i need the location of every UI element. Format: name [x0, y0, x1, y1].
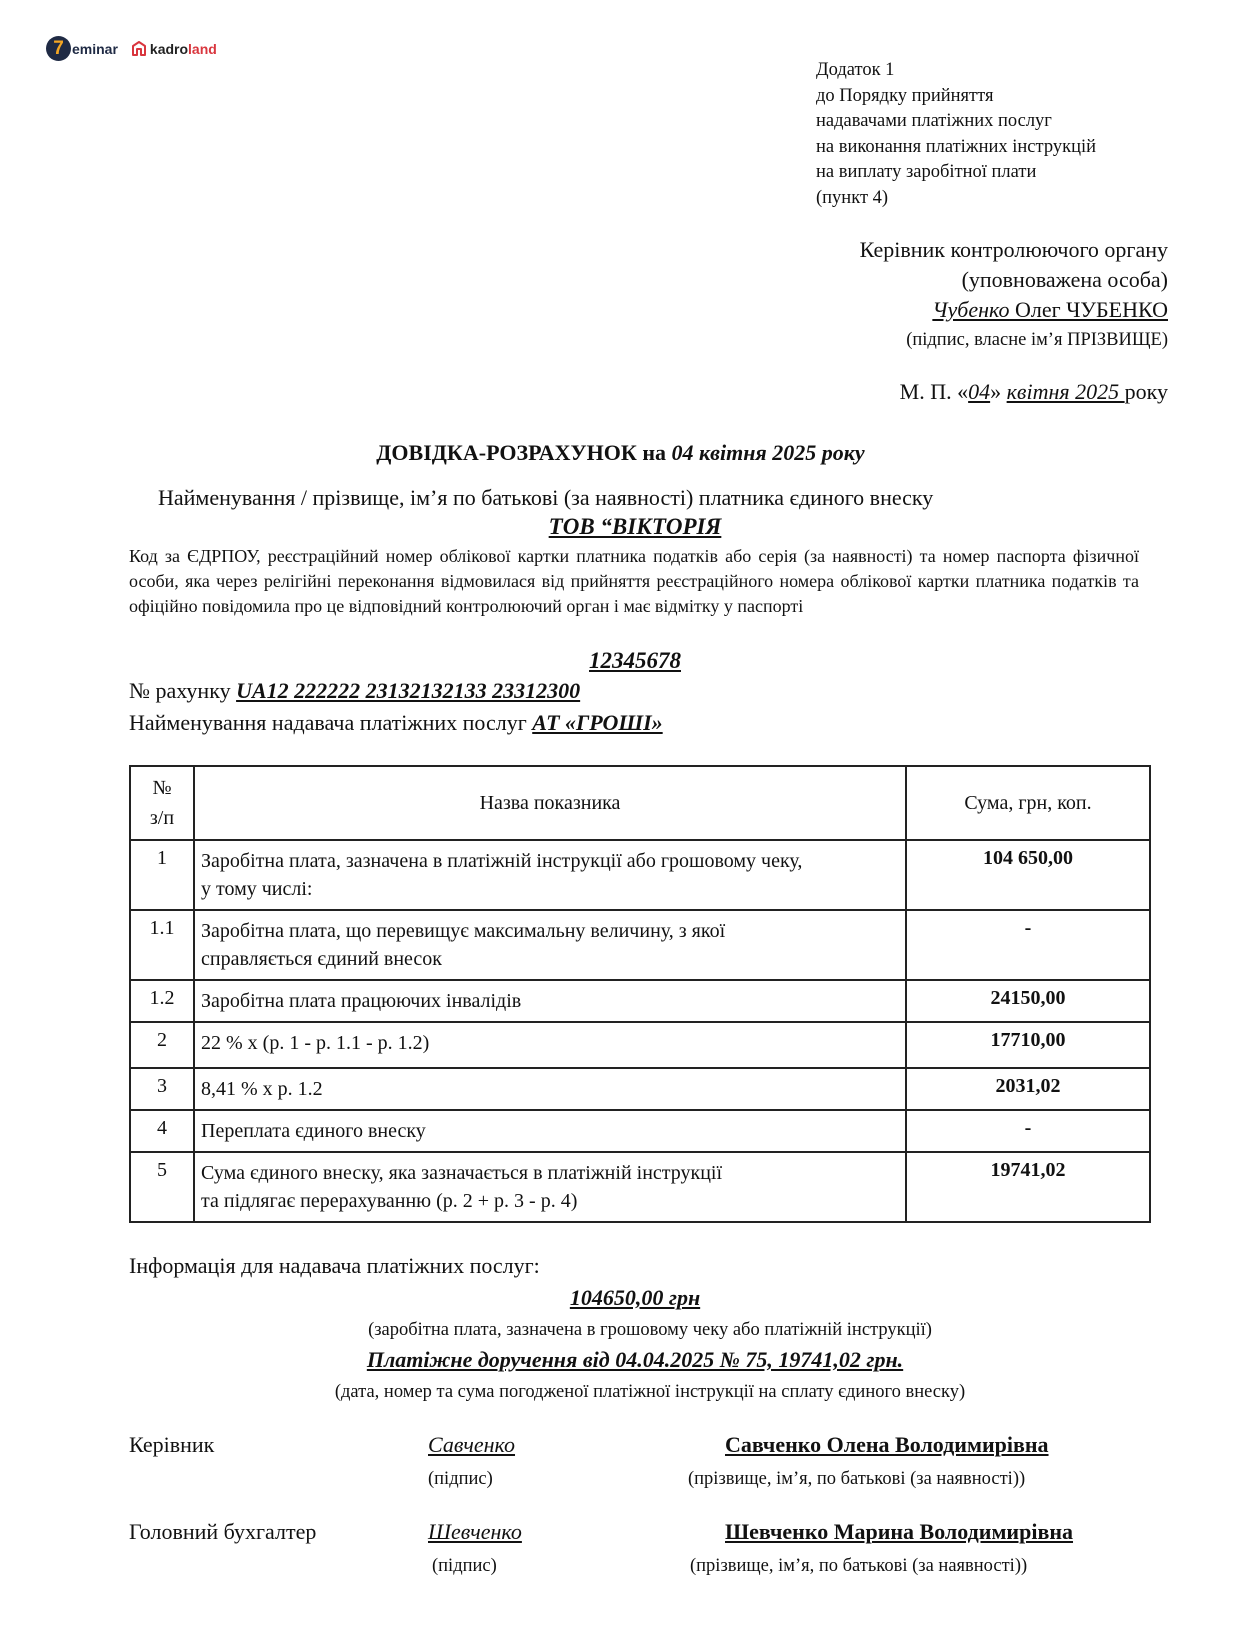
info-payment-order: Платіжне доручення від 04.04.2025 № 75, … [0, 1347, 1241, 1373]
info-amount-note: (заробітна плата, зазначена в грошовому … [0, 1320, 1241, 1341]
account-label: № рахунку [129, 678, 236, 703]
info-order-note: (дата, номер та сума погодженої платіжно… [0, 1382, 1241, 1403]
approval-block: Керівник контролюючого органу (уповноваж… [860, 235, 1168, 407]
table-row: 4Переплата єдиного внеску- [130, 1110, 1150, 1152]
header-num-line: № [137, 773, 187, 803]
table-row: 1.1Заробітна плата, що перевищує максима… [130, 910, 1150, 980]
approval-signature-line: Чубенко Олег ЧУБЕНКО [860, 295, 1168, 325]
provider-line: Найменування надавача платіжних послуг А… [129, 710, 663, 736]
row-number: 5 [130, 1152, 194, 1222]
row-amount: 19741,02 [906, 1152, 1150, 1222]
addendum-line: (пункт 4) [816, 186, 1096, 212]
indicator-line: Заробітна плата, що перевищує максимальн… [201, 917, 899, 945]
addendum-line: на виплату заробітної плати [816, 160, 1096, 186]
document-title: ДОВІДКА-РОЗРАХУНОК на 04 квітня 2025 рок… [0, 440, 1241, 466]
signature: Савченко [428, 1432, 515, 1458]
row-amount: 2031,02 [906, 1068, 1150, 1110]
approval-signature: Чубенко [932, 297, 1009, 322]
header-amount: Сума, грн, коп. [906, 766, 1150, 840]
indicator-line: Заробітна плата працюючих інвалідів [201, 987, 899, 1015]
row-amount: 17710,00 [906, 1022, 1150, 1068]
row-number: 3 [130, 1068, 194, 1110]
calculation-table: №з/п Назва показника Сума, грн, коп. 1За… [129, 765, 1151, 1223]
table-row: 1.2Заробітна плата працюючих інвалідів24… [130, 980, 1150, 1022]
stamp-year-suffix: року [1125, 379, 1168, 404]
kadroland-text-part2: land [188, 41, 217, 57]
header-num-line: з/п [137, 803, 187, 833]
seminar-logo: 7 eminar [46, 36, 118, 61]
addendum-line: на виконання платіжних інструкцій [816, 135, 1096, 161]
indicator-line: 22 % х (р. 1 - р. 1.1 - р. 1.2) [201, 1029, 899, 1057]
row-indicator-name: Заробітна плата працюючих інвалідів [194, 980, 906, 1022]
code-description: Код за ЄДРПОУ, реєстраційний номер облік… [129, 544, 1139, 619]
row-amount: - [906, 1110, 1150, 1152]
signature-role: Керівник [129, 1432, 214, 1458]
table-row: 1Заробітна плата, зазначена в платіжній … [130, 840, 1150, 910]
seminar-logo-text: eminar [72, 41, 118, 57]
row-indicator-name: 8,41 % х р. 1.2 [194, 1068, 906, 1110]
addendum-line: надавачами платіжних послуг [816, 109, 1096, 135]
signature-caption: (підпис) [428, 1469, 493, 1490]
table-header-row: №з/п Назва показника Сума, грн, коп. [130, 766, 1150, 840]
payer-label: Найменування / прізвище, ім’я по батьков… [158, 485, 933, 511]
row-number: 4 [130, 1110, 194, 1152]
provider-label: Найменування надавача платіжних послуг [129, 710, 532, 735]
addendum-line: до Порядку прийняття [816, 84, 1096, 110]
row-number: 1 [130, 840, 194, 910]
stamp-prefix: М. П. « [900, 379, 968, 404]
signature: Шевченко [428, 1519, 522, 1545]
indicator-line: у тому числі: [201, 875, 899, 903]
kadroland-logo: kadroland [132, 41, 217, 57]
signature-caption: (підпис) [432, 1556, 497, 1577]
house-icon [132, 41, 146, 56]
header-name: Назва показника [194, 766, 906, 840]
account-number: UA12 222222 23132132133 23312300 [236, 678, 580, 703]
row-indicator-name: Заробітна плата, що перевищує максимальн… [194, 910, 906, 980]
signatory-full-name: Шевченко Марина Володимирівна [725, 1519, 1073, 1545]
indicator-line: Сума єдиного внеску, яка зазначається в … [201, 1159, 899, 1187]
indicator-line: справляється єдиний внесок [201, 945, 899, 973]
title-main: ДОВІДКА-РОЗРАХУНОК на [376, 440, 671, 465]
addendum-block: Додаток 1 до Порядку прийняття надавачам… [816, 58, 1096, 211]
stamp-month-year: квітня 2025 [1007, 379, 1125, 404]
indicator-line: Переплата єдиного внеску [201, 1117, 899, 1145]
name-caption: (прізвище, ім’я, по батькові (за наявнос… [688, 1469, 1025, 1490]
info-amount: 104650,00 грн [0, 1285, 1241, 1311]
signature-role: Головний бухгалтер [129, 1519, 316, 1545]
signatory-full-name: Савченко Олена Володимирівна [725, 1432, 1049, 1458]
row-amount: - [906, 910, 1150, 980]
row-indicator-name: Заробітна плата, зазначена в платіжній і… [194, 840, 906, 910]
row-number: 1.1 [130, 910, 194, 980]
row-indicator-name: 22 % х (р. 1 - р. 1.1 - р. 1.2) [194, 1022, 906, 1068]
stamp-day: 04 [968, 379, 990, 404]
name-caption: (прізвище, ім’я, по батькові (за наявнос… [690, 1556, 1027, 1577]
table-row: 38,41 % х р. 1.22031,02 [130, 1068, 1150, 1110]
kadroland-text-part1: kadro [150, 41, 188, 57]
provider-name: АТ «ГРОШІ» [532, 710, 662, 735]
account-line: № рахунку UA12 222222 23132132133 233123… [129, 678, 580, 704]
stamp-mid: » [990, 379, 1007, 404]
addendum-line: Додаток 1 [816, 58, 1096, 84]
row-number: 1.2 [130, 980, 194, 1022]
table-row: 5Сума єдиного внеску, яка зазначається в… [130, 1152, 1150, 1222]
row-number: 2 [130, 1022, 194, 1068]
info-label: Інформація для надавача платіжних послуг… [129, 1253, 540, 1279]
approval-name: Олег ЧУБЕНКО [1009, 297, 1168, 322]
payer-name: ТОВ “ВІКТОРІЯ [0, 514, 1241, 540]
header-num: №з/п [130, 766, 194, 840]
approval-role-sub: (уповноважена особа) [860, 265, 1168, 295]
payer-code: 12345678 [0, 648, 1241, 674]
approval-role: Керівник контролюючого органу [860, 235, 1168, 265]
header-logos: 7 eminar kadroland [46, 36, 217, 61]
indicator-line: 8,41 % х р. 1.2 [201, 1075, 899, 1103]
row-indicator-name: Переплата єдиного внеску [194, 1110, 906, 1152]
seminar-seven-icon: 7 [46, 36, 71, 61]
indicator-line: та підлягає перерахуванню (р. 2 + р. 3 -… [201, 1187, 899, 1215]
row-amount: 24150,00 [906, 980, 1150, 1022]
indicator-line: Заробітна плата, зазначена в платіжній і… [201, 847, 899, 875]
row-indicator-name: Сума єдиного внеску, яка зазначається в … [194, 1152, 906, 1222]
approval-caption: (підпис, власне ім’я ПРІЗВИЩЕ) [860, 325, 1168, 355]
approval-stamp-date: М. П. «04» квітня 2025 року [860, 377, 1168, 407]
table-row: 222 % х (р. 1 - р. 1.1 - р. 1.2)17710,00 [130, 1022, 1150, 1068]
title-date: 04 квітня 2025 року [672, 440, 865, 465]
row-amount: 104 650,00 [906, 840, 1150, 910]
